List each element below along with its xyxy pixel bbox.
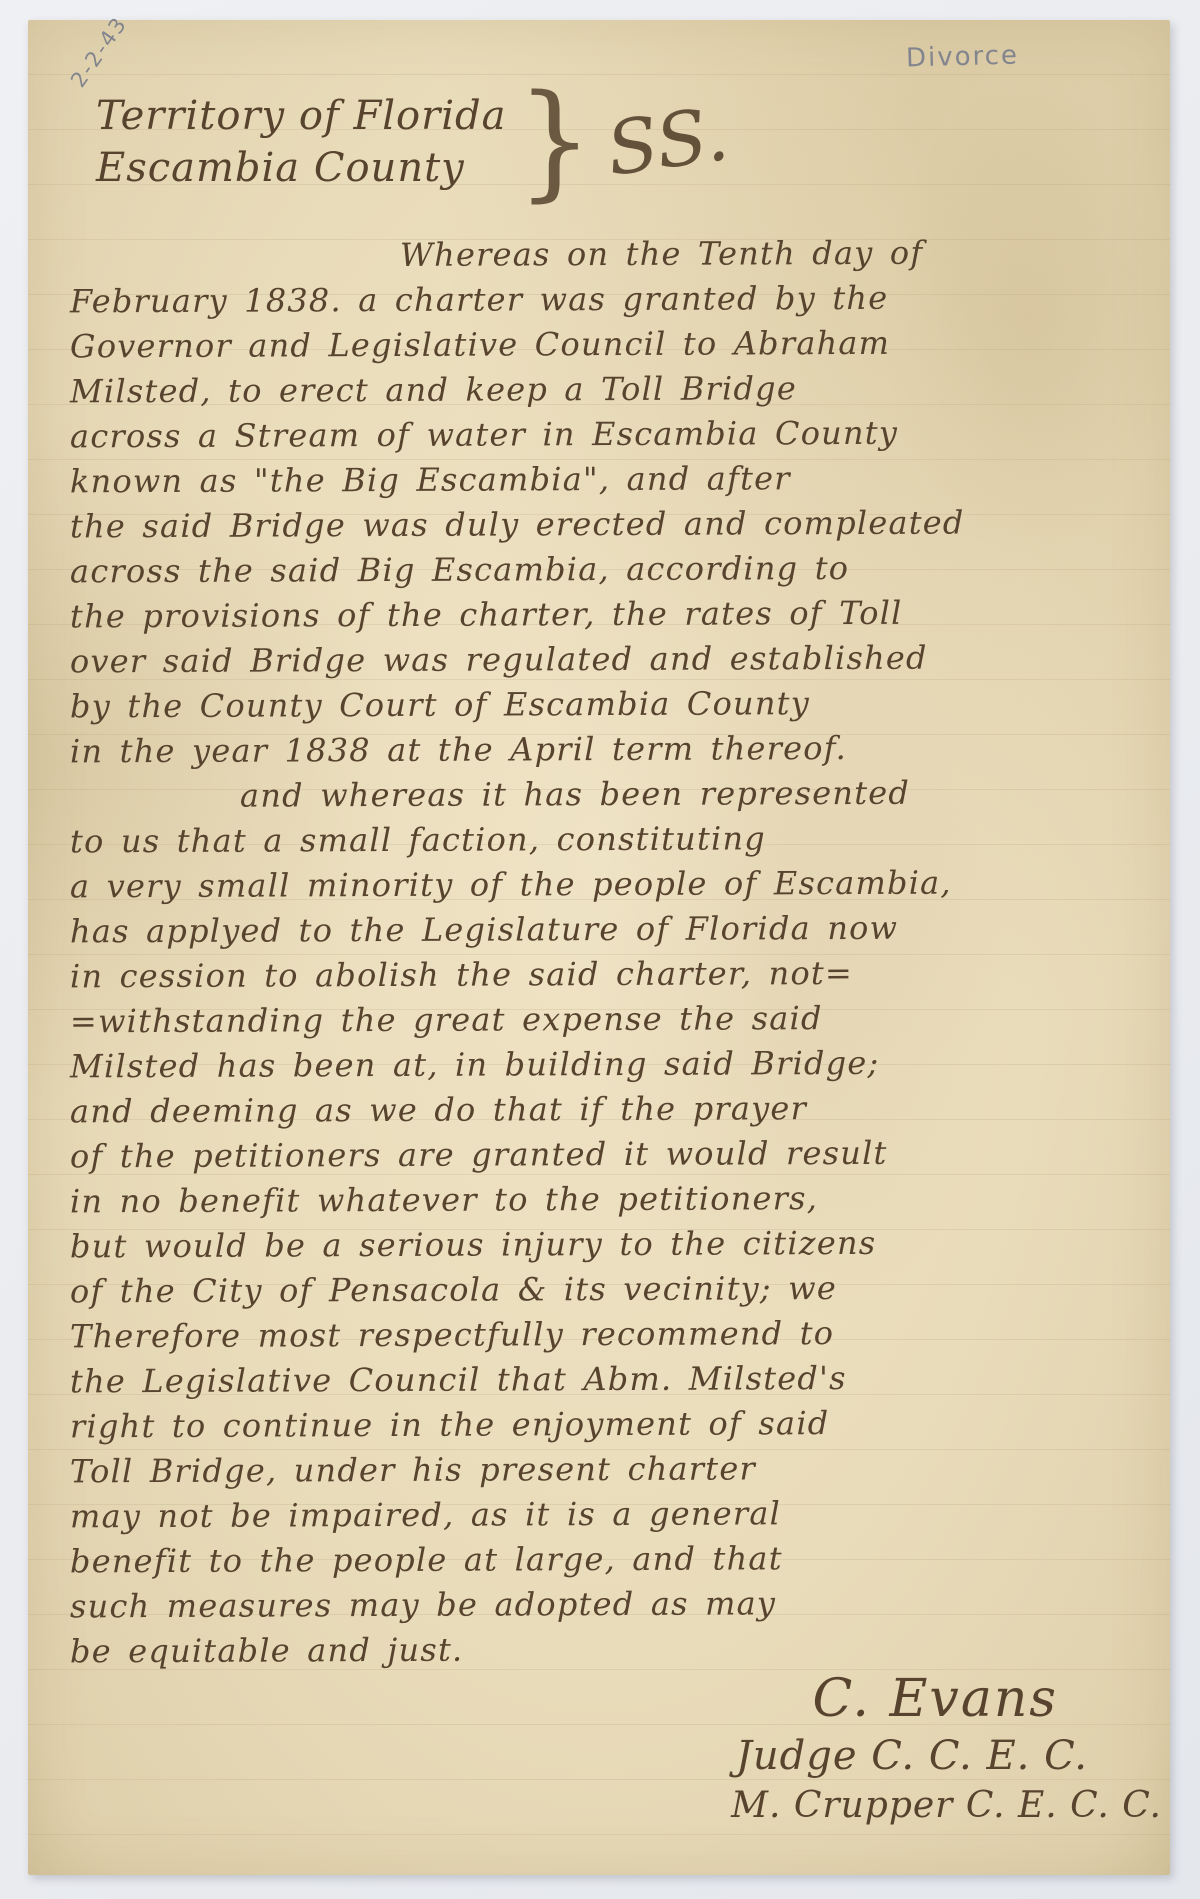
manuscript-line: Therefore most respectfully recommend to [70, 1310, 1170, 1360]
manuscript-line: by the County Court of Escambia County [70, 680, 1170, 730]
signature-block: C. Evans Judge C. C. E. C. M. Crupper C.… [588, 1668, 1168, 1830]
manuscript-line: to us that a small faction, constituting [70, 815, 1170, 865]
manuscript-line: in the year 1838 at the April term there… [70, 725, 1170, 775]
archival-number-pencil: 2-2-43 [66, 12, 132, 92]
manuscript-line: over said Bridge was regulated and estab… [70, 635, 1170, 685]
manuscript-line: of the petitioners are granted it would … [70, 1130, 1170, 1180]
manuscript-line: benefit to the people at large, and that [70, 1535, 1170, 1585]
document-heading: Territory of Florida Escambia County } S… [96, 90, 728, 194]
signature-name: C. Evans [588, 1668, 1168, 1730]
manuscript-body: Whereas on the Tenth day ofFebruary 1838… [70, 232, 1170, 1672]
manuscript-line: in cession to abolish the said charter, … [70, 950, 1170, 1000]
manuscript-line: be equitable and just. [70, 1625, 1170, 1675]
scanned-document: 2-2-43 Divorce Territory of Florida Esca… [0, 0, 1200, 1899]
manuscript-line: of the City of Pensacola & its vecinity;… [70, 1265, 1170, 1315]
manuscript-line: across the said Big Escambia, according … [70, 545, 1170, 595]
manuscript-line: =withstanding the great expense the said [70, 995, 1170, 1045]
heading-territory-line: Territory of Florida [96, 90, 506, 142]
manuscript-line: Governor and Legislative Council to Abra… [70, 320, 1170, 370]
manuscript-line: has applyed to the Legislature of Florid… [70, 905, 1170, 955]
brace-mark: } [516, 90, 592, 195]
manuscript-paper: 2-2-43 Divorce Territory of Florida Esca… [28, 20, 1170, 1875]
manuscript-line: Toll Bridge, under his present charter [70, 1445, 1170, 1495]
manuscript-line: the Legislative Council that Abm. Milste… [70, 1355, 1170, 1405]
manuscript-line: February 1838. a charter was granted by … [70, 275, 1170, 325]
heading-county-line: Escambia County [96, 142, 506, 194]
manuscript-line: may not be impaired, as it is a general [70, 1490, 1170, 1540]
manuscript-line: the said Bridge was duly erected and com… [70, 500, 1170, 550]
manuscript-line: Milsted has been at, in building said Br… [70, 1040, 1170, 1090]
manuscript-line: in no benefit whatever to the petitioner… [70, 1175, 1170, 1225]
manuscript-line: but would be a serious injury to the cit… [70, 1220, 1170, 1270]
signature-title: Judge C. C. E. C. [588, 1730, 1168, 1782]
manuscript-line: such measures may be adopted as may [70, 1580, 1170, 1630]
manuscript-line: known as "the Big Escambia", and after [70, 455, 1170, 505]
classification-label-pencil: Divorce [906, 41, 1020, 74]
manuscript-line: a very small minority of the people of E… [70, 860, 1170, 910]
attestation-signature: M. Crupper C. E. C. C. [588, 1782, 1168, 1830]
ss-section-mark: SS. [601, 91, 733, 193]
manuscript-line: Milsted, to erect and keep a Toll Bridge [70, 365, 1170, 415]
manuscript-line: across a Stream of water in Escambia Cou… [70, 410, 1170, 460]
manuscript-line: right to continue in the enjoyment of sa… [70, 1400, 1170, 1450]
manuscript-line: the provisions of the charter, the rates… [70, 590, 1170, 640]
manuscript-line: and deeming as we do that if the prayer [70, 1085, 1170, 1135]
manuscript-line: and whereas it has been represented [70, 770, 1170, 820]
manuscript-line: Whereas on the Tenth day of [70, 230, 1170, 280]
